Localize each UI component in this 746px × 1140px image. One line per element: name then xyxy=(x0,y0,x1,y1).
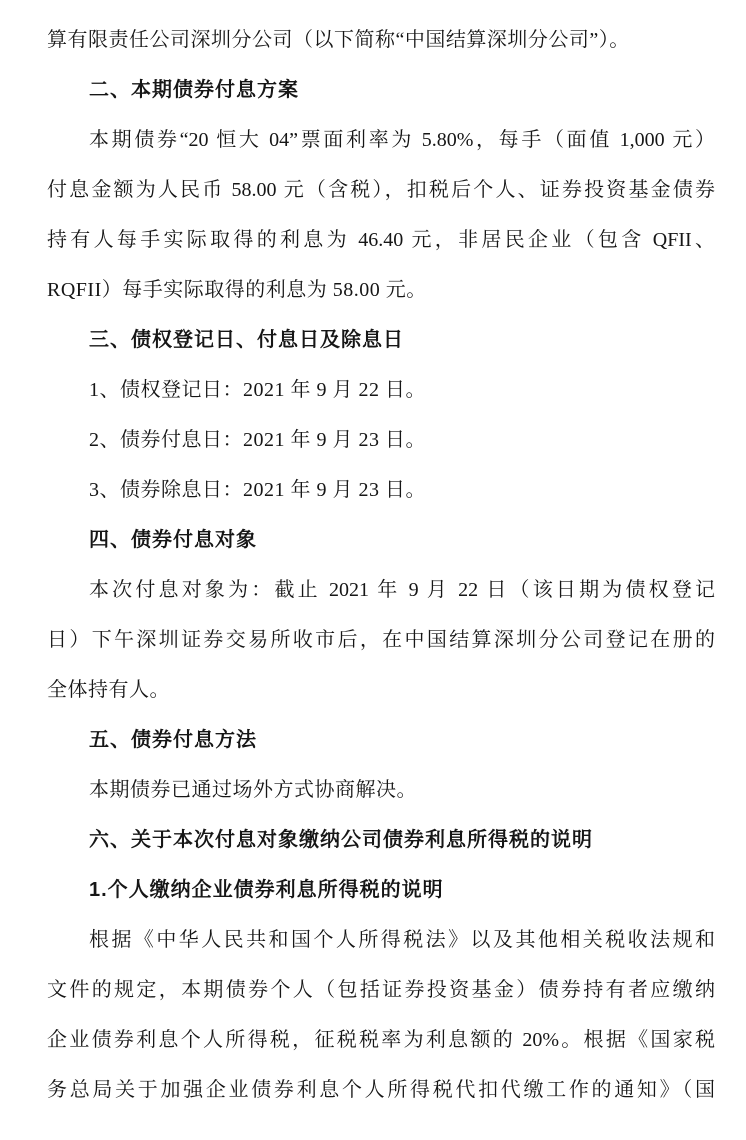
paragraph-line: 日）下午深圳证券交易所收市后，在中国结算深圳分公司登记在册的 xyxy=(47,615,715,665)
paragraph-line: 本次付息对象为：截止 2021 年 9 月 22 日（该日期为债权登记 xyxy=(47,565,715,615)
paragraph-line: 务总局关于加强企业债券利息个人所得税代扣代缴工作的通知》（国 xyxy=(47,1065,715,1115)
section-heading-6: 六、关于本次付息对象缴纳公司债券利息所得税的说明 xyxy=(47,815,715,865)
paragraph-line: 付息金额为人民币 58.00 元（含税），扣税后个人、证券投资基金债券 xyxy=(47,165,715,215)
paragraph-line: 本期债券已通过场外方式协商解决。 xyxy=(47,765,715,815)
section-heading-3: 三、债权登记日、付息日及除息日 xyxy=(47,315,715,365)
list-item-ex-interest-date: 3、债券除息日：2021 年 9 月 23 日。 xyxy=(47,465,715,515)
list-item-record-date: 1、债权登记日：2021 年 9 月 22 日。 xyxy=(47,365,715,415)
sub-heading-personal-tax: 1.个人缴纳企业债券利息所得税的说明 xyxy=(47,865,715,915)
paragraph-line: RQFII）每手实际取得的利息为 58.00 元。 xyxy=(47,265,715,315)
paragraph-line: 持有人每手实际取得的利息为 46.40 元，非居民企业（包含 QFII、 xyxy=(47,215,715,265)
paragraph-line: 本期债券“20 恒大 04”票面利率为 5.80%，每手（面值 1,000 元） xyxy=(47,115,715,165)
section-heading-4: 四、债券付息对象 xyxy=(47,515,715,565)
paragraph-line: 文件的规定，本期债券个人（包括证券投资基金）债券持有者应缴纳 xyxy=(47,965,715,1015)
paragraph-line: 企业债券利息个人所得税，征税税率为利息额的 20%。根据《国家税 xyxy=(47,1015,715,1065)
paragraph-line: 根据《中华人民共和国个人所得税法》以及其他相关税收法规和 xyxy=(47,915,715,965)
section-heading-2: 二、本期债券付息方案 xyxy=(47,65,715,115)
list-item-payment-date: 2、债券付息日：2021 年 9 月 23 日。 xyxy=(47,415,715,465)
document-page: 算有限责任公司深圳分公司（以下简称“中国结算深圳分公司”）。 二、本期债券付息方… xyxy=(0,0,746,1140)
paragraph-line: 算有限责任公司深圳分公司（以下简称“中国结算深圳分公司”）。 xyxy=(47,15,715,65)
section-heading-5: 五、债券付息方法 xyxy=(47,715,715,765)
paragraph-line: 全体持有人。 xyxy=(47,665,715,715)
